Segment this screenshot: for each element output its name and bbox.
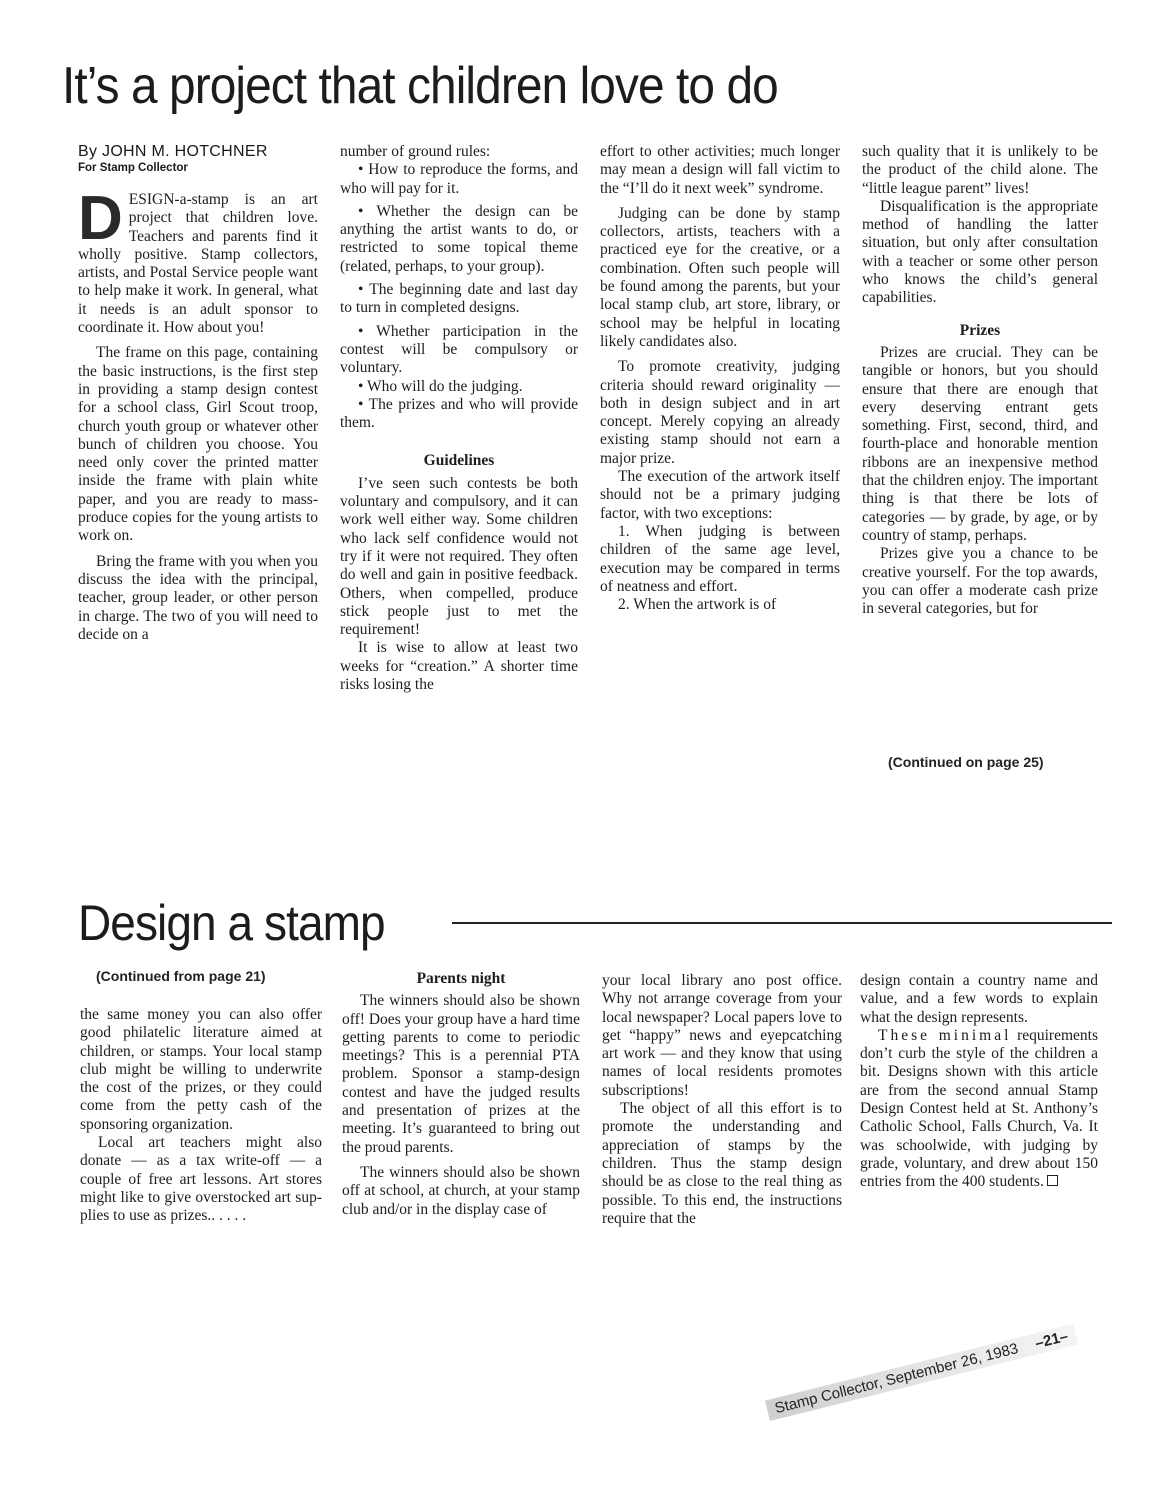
paragraph: The winners should also be shown off at … [342,1164,580,1219]
continued-on-notice: (Continued on page 25) [888,754,1044,770]
end-mark-icon [1047,1175,1058,1186]
paragraph: The execution of the art­work itself sho… [600,468,840,523]
paragraph: Prizes are crucial. They can be tangible… [862,344,1098,545]
author-name: By JOHN M. HOTCHNER [78,143,268,161]
author-affiliation: For Stamp Collector [78,161,268,175]
paragraph: It is wise to allow at least two weeks f… [340,639,578,694]
drop-cap: D [78,193,123,245]
paragraph: Bring the frame with you when you discus… [78,553,318,644]
paragraph: design contain a country name and value,… [860,972,1098,1027]
subheading-parents-night: Parents night [342,970,580,988]
subheading-prizes: Prizes [862,322,1098,340]
paragraph: Local art teachers might also donate — a… [80,1134,322,1225]
article1-column-1: DESIGN-a-stamp is an art project that ch… [78,191,318,651]
byline: By JOHN M. HOTCHNER For Stamp Collector [78,143,268,175]
bullet-item: • How to reproduce the forms, and who wi… [340,161,578,198]
paragraph: Prizes give you a chance to be creative … [862,545,1098,618]
paragraph: To promote creativity, judging criteria … [600,358,840,468]
numbered-item: 1. When judging is between children of t… [600,523,840,596]
paragraph: re­quirements don’t curb the style of th… [860,1027,1098,1190]
paragraph: I’ve seen such contests be both voluntar… [340,475,578,640]
continued-from-notice: (Continued from page 21) [96,968,266,984]
bullet-item: • The prizes and who will provide them. [340,396,578,433]
subheading-guidelines: Guidelines [340,452,578,470]
paragraph: the same money you can also offer good p… [80,1006,322,1134]
paragraph: The frame on this page, containing the b… [78,344,318,545]
paragraph: number of ground rules: [340,143,578,161]
paragraph: such quality that it is unlike­ly to be … [862,143,1098,198]
article-headline: It’s a project that children love to do [62,56,778,116]
publication-dateline: Stamp Collector, September 26, 1983 [773,1340,1020,1417]
page-number: –21– [1033,1328,1069,1353]
bullet-item: • The beginning date and last day to tur… [340,281,578,318]
bullet-item: • Who will do the judging. [340,378,578,396]
paragraph: The object of all this effort is to prom… [602,1100,842,1228]
paragraph: Judging can be done by stamp collectors,… [600,205,840,351]
paragraph: your local library ano post office. Why … [602,972,842,1100]
paragraph: Disqualification is the ap­propriate met… [862,198,1098,308]
page-footer: Stamp Collector, September 26, 1983–21– [765,1324,1078,1421]
article1-column-4: such quality that it is unlike­ly to be … [862,143,1098,625]
bullet-item: • Whether the design can be anything the… [340,203,578,276]
headline-rule [452,922,1112,924]
paragraph-lead: These minimal [878,1027,1011,1044]
numbered-item: 2. When the artwork is of [600,596,840,614]
article2-column-1: the same money you can also offer good p… [80,1006,322,1233]
article1-column-3: effort to other activities; much longer … [600,143,840,621]
paragraph: effort to other activities; much longer … [600,143,840,198]
paragraph: The winners should also be shown off! Do… [342,992,580,1157]
article1-column-2: number of ground rules: • How to reprodu… [340,143,578,701]
bullet-item: • Whether participation in the contest w… [340,323,578,378]
article2-column-2: Parents night The winners should also be… [342,970,580,1226]
article2-column-3: your local library ano post office. Why … [602,972,842,1235]
article2-column-4: design contain a country name and value,… [860,972,1098,1199]
section-headline: Design a stamp [78,895,385,951]
